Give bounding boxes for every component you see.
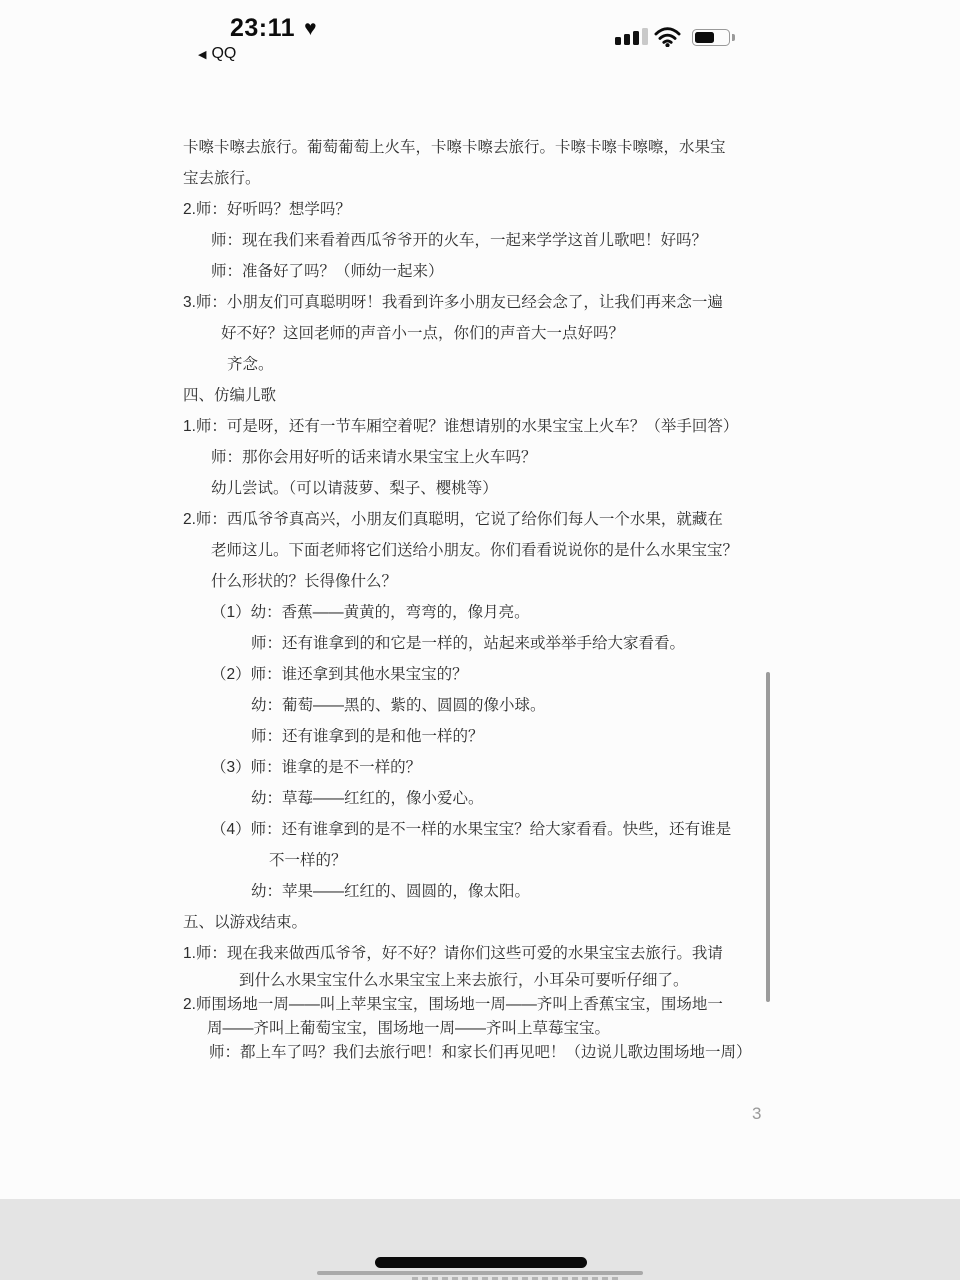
document-line: （3）师：谁拿的是不一样的？: [183, 752, 783, 783]
document-line: 不一样的？: [183, 845, 783, 876]
back-app-label: QQ: [211, 45, 236, 63]
document-line: 2.师围场地一周——叫上苹果宝宝，围场地一周——齐叫上香蕉宝宝，围场地一: [183, 993, 783, 1017]
document-line: 周——齐叫上葡萄宝宝，围场地一周——齐叫上草莓宝宝。: [183, 1017, 783, 1041]
document-line: 2.师：西瓜爷爷真高兴，小朋友们真聪明，它说了给你们每人一个水果，就藏在: [183, 504, 783, 535]
document-line: （4）师：还有谁拿到的是不一样的水果宝宝？给大家看看。快些，还有谁是: [183, 814, 783, 845]
document-line: 老师这儿。下面老师将它们送给小朋友。你们看看说说你的是什么水果宝宝？: [183, 535, 783, 566]
document-line: 师：现在我们来看着西瓜爷爷开的火车，一起来学学这首儿歌吧！好吗？: [183, 225, 783, 256]
document-line: 师：那你会用好听的话来请水果宝宝上火车吗？: [183, 442, 783, 473]
wifi-icon: [654, 27, 681, 47]
document-line: （2）师：谁还拿到其他水果宝宝的？: [183, 659, 783, 690]
document-line: 1.师：可是呀，还有一节车厢空着呢？谁想请别的水果宝宝上火车？（举手回答）: [183, 411, 783, 442]
document-line: 四、仿编儿歌: [183, 380, 783, 411]
signal-strength-icon: [615, 27, 648, 45]
document-line: 2.师：好听吗？想学吗？: [183, 194, 783, 225]
screen: 23:11 ♥ ◀ QQ 卡嚓卡嚓去旅行。葡萄葡萄上火车，卡嚓卡嚓去旅行。卡嚓卡…: [0, 0, 960, 1280]
back-to-app-button[interactable]: ◀ QQ: [198, 45, 236, 63]
document-line: 师：还有谁拿到的和它是一样的，站起来或举举手给大家看看。: [183, 628, 783, 659]
page-number: 3: [752, 1104, 761, 1124]
document-line: 幼：苹果——红红的、圆圆的，像太阳。: [183, 876, 783, 907]
document-line: 1.师：现在我来做西瓜爷爷，好不好？请你们这些可爱的水果宝宝去旅行。我请: [183, 938, 783, 969]
battery-icon: [692, 29, 730, 46]
signal-bar: [615, 37, 621, 45]
document-line: 卡嚓卡嚓去旅行。葡萄葡萄上火车，卡嚓卡嚓去旅行。卡嚓卡嚓卡嚓嚓，水果宝: [183, 132, 783, 163]
battery-cap: [732, 34, 735, 41]
document-line: 师：还有谁拿到的是和他一样的？: [183, 721, 783, 752]
document-line: 师：都上车了吗？我们去旅行吧！和家长们再见吧！（边说儿歌边围场地一周）: [183, 1041, 783, 1065]
heart-icon: ♥: [304, 18, 316, 39]
document-line: 到什么水果宝宝什么水果宝宝上来去旅行，小耳朵可要听仔细了。: [183, 969, 783, 993]
document-line: 3.师：小朋友们可真聪明呀！我看到许多小朋友已经会念了，让我们再来念一遍: [183, 287, 783, 318]
document-lines: 卡嚓卡嚓去旅行。葡萄葡萄上火车，卡嚓卡嚓去旅行。卡嚓卡嚓卡嚓嚓，水果宝宝去旅行。…: [183, 132, 783, 1065]
document-page[interactable]: 卡嚓卡嚓去旅行。葡萄葡萄上火车，卡嚓卡嚓去旅行。卡嚓卡嚓卡嚓嚓，水果宝宝去旅行。…: [183, 132, 783, 1065]
status-bar-left: 23:11 ♥: [230, 14, 317, 43]
document-line: 幼儿尝试。（可以请菠萝、梨子、樱桃等）: [183, 473, 783, 504]
back-chevron-icon: ◀: [198, 48, 206, 61]
battery-fill: [695, 32, 714, 43]
clock-label: 23:11: [230, 14, 295, 43]
progress-line: [317, 1271, 643, 1275]
document-line: 五、以游戏结束。: [183, 907, 783, 938]
document-line: 师：准备好了吗？（师幼一起来）: [183, 256, 783, 287]
signal-bar: [624, 34, 630, 45]
document-line: 宝去旅行。: [183, 163, 783, 194]
document-line: 什么形状的？长得像什么？: [183, 566, 783, 597]
document-line: 幼：草莓——红红的，像小爱心。: [183, 783, 783, 814]
bottom-bar: [0, 1199, 960, 1280]
document-line: 好不好？这回老师的声音小一点，你们的声音大一点好吗？: [183, 318, 783, 349]
scrollbar-thumb[interactable]: [766, 672, 770, 1002]
document-line: 齐念。: [183, 349, 783, 380]
home-indicator[interactable]: [375, 1257, 587, 1268]
document-line: 幼：葡萄——黑的、紫的、圆圆的像小球。: [183, 690, 783, 721]
document-line: （1）幼：香蕉——黄黄的，弯弯的，像月亮。: [183, 597, 783, 628]
signal-bar: [642, 28, 648, 45]
signal-bar: [633, 31, 639, 45]
